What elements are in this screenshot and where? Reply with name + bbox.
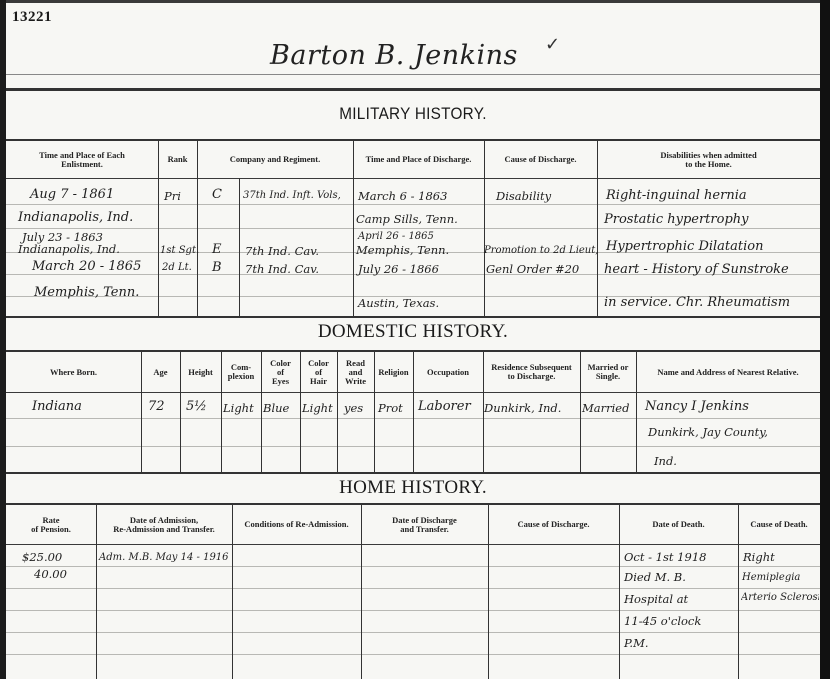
- header-residence: Residence Subsequent to Discharge.: [483, 352, 580, 392]
- row-line: [6, 588, 820, 589]
- discharge-cause: Promotion to 2d Lieut,: [484, 245, 598, 256]
- discharge-place: Camp Sills, Tenn.: [356, 212, 458, 226]
- header-discharge-transfer: Date of Discharge and Transfer.: [361, 505, 488, 544]
- header-where-born: Where Born.: [6, 352, 141, 392]
- row-line: [6, 654, 820, 655]
- name-underline: [6, 74, 820, 75]
- discharge-place: Memphis, Tenn.: [356, 243, 449, 257]
- header-age: Age: [141, 352, 180, 392]
- header-eye-color: Color of Eyes: [261, 352, 300, 392]
- header-rank: Rank: [158, 141, 197, 178]
- header-religion: Religion: [374, 352, 413, 392]
- enlistment-place: Indianapolis, Ind.: [18, 210, 133, 225]
- religion: Prot: [378, 401, 403, 415]
- column-divider: [239, 178, 240, 317]
- rank: Pri: [164, 189, 181, 203]
- military-history-title: MILITARY HISTORY.: [47, 104, 780, 124]
- marital-status: Married: [582, 401, 629, 415]
- relative-line: Dunkirk, Jay County,: [648, 425, 768, 439]
- death-date-line: Died M. B.: [624, 570, 686, 584]
- header-discharge-time-place: Time and Place of Discharge.: [353, 141, 484, 178]
- header-company-regiment: Company and Regiment.: [197, 141, 353, 178]
- record-number: 13221: [12, 9, 52, 26]
- regiment: 7th Ind. Cav.: [245, 262, 319, 276]
- header-complexion: Com- plexion: [221, 352, 261, 392]
- header-enlistment: Time and Place of Each Enlistment.: [6, 141, 158, 178]
- admission-date: Adm. M.B. May 14 - 1916: [99, 552, 229, 563]
- death-date-line: Oct - 1st 1918: [624, 550, 706, 564]
- death-cause-line: Hemiplegia: [742, 572, 800, 583]
- row-line: [6, 228, 820, 229]
- death-date-line: P.M.: [624, 636, 649, 650]
- divider: [6, 88, 820, 91]
- header-death-cause: Cause of Death.: [738, 505, 820, 544]
- company: B: [212, 260, 222, 275]
- rank: 1st Sgt.: [160, 245, 199, 256]
- home-history-title: HOME HISTORY.: [6, 477, 820, 499]
- header-occupation: Occupation: [413, 352, 483, 392]
- rank: 2d Lt.: [162, 262, 192, 273]
- discharge-date: March 6 - 1863: [358, 189, 447, 203]
- domestic-history-title: DOMESTIC HISTORY.: [6, 321, 820, 343]
- soldiers-home-record-page: 13221 Barton B. Jenkins ✓ MILITARY HISTO…: [0, 0, 830, 679]
- discharge-cause: Disability: [496, 189, 551, 203]
- header-discharge-cause: Cause of Discharge.: [484, 141, 597, 178]
- discharge-date: April 26 - 1865: [358, 231, 434, 242]
- disability-line: Right-inguinal hernia: [606, 188, 747, 203]
- age: 72: [148, 399, 165, 414]
- header-discharge-cause: Cause of Discharge.: [488, 505, 619, 544]
- page-right-edge: [820, 0, 830, 679]
- death-cause-line: Right: [743, 550, 775, 564]
- member-name: Barton B. Jenkins: [270, 40, 518, 71]
- regiment: 37th Ind. Inft. Vols,: [243, 190, 341, 201]
- row-line: [6, 566, 820, 567]
- enlistment-date: March 20 - 1865: [32, 259, 141, 274]
- complexion: Light: [223, 401, 254, 415]
- header-nearest-relative: Name and Address of Nearest Relative.: [636, 352, 820, 392]
- disability-line: Hypertrophic Dilatation: [606, 239, 764, 254]
- header-readmission-conditions: Conditions of Re-Admission.: [232, 505, 361, 544]
- row-line: [6, 632, 820, 633]
- discharge-cause: Genl Order #20: [486, 262, 579, 276]
- regiment: 7th Ind. Cav.: [245, 244, 319, 258]
- discharge-date: July 26 - 1866: [358, 262, 439, 276]
- disability-line: heart - History of Sunstroke: [604, 262, 789, 277]
- enlistment-place: Indianapolis, Ind.: [18, 242, 120, 256]
- eye-color: Blue: [263, 401, 289, 415]
- discharge-place: Austin, Texas.: [358, 296, 439, 310]
- page-top-edge: [0, 0, 830, 3]
- header-hair-color: Color of Hair: [300, 352, 337, 392]
- residence: Dunkirk, Ind.: [484, 401, 561, 415]
- header-disabilities: Disabilities when admitted to the Home.: [597, 141, 820, 178]
- header-height: Height: [180, 352, 221, 392]
- header-death-date: Date of Death.: [619, 505, 738, 544]
- disability-line: Prostatic hypertrophy: [604, 212, 748, 227]
- company: C: [212, 187, 222, 202]
- occupation: Laborer: [418, 399, 471, 414]
- header-admission-date: Date of Admission, Re-Admission and Tran…: [96, 505, 232, 544]
- header-read-write: Read and Write: [337, 352, 374, 392]
- hair-color: Light: [302, 401, 333, 415]
- company: E: [212, 242, 222, 257]
- enlistment-date: Aug 7 - 1861: [30, 187, 114, 202]
- relative-line: Nancy I Jenkins: [645, 399, 749, 414]
- pension-rate: $25.00: [22, 550, 62, 564]
- pension-rate: 40.00: [34, 567, 67, 581]
- header-pension-rate: Rate of Pension.: [6, 505, 96, 544]
- death-date-line: 11-45 o'clock: [624, 614, 701, 628]
- row-line: [6, 204, 820, 205]
- header-marital-status: Married or Single.: [580, 352, 636, 392]
- row-line: [6, 610, 820, 611]
- read-write: yes: [344, 401, 363, 415]
- death-date-line: Hospital at: [624, 592, 688, 606]
- enlistment-place: Memphis, Tenn.: [34, 285, 139, 300]
- death-cause-line: Arterio Sclerosis: [741, 592, 819, 603]
- relative-line: Ind.: [654, 454, 677, 468]
- disability-line: in service. Chr. Rheumatism: [604, 295, 790, 310]
- where-born: Indiana: [32, 399, 82, 414]
- height: 5½: [186, 399, 207, 414]
- divider: [6, 316, 820, 318]
- divider: [6, 544, 820, 545]
- divider: [6, 178, 820, 179]
- check-mark-icon: ✓: [545, 34, 560, 55]
